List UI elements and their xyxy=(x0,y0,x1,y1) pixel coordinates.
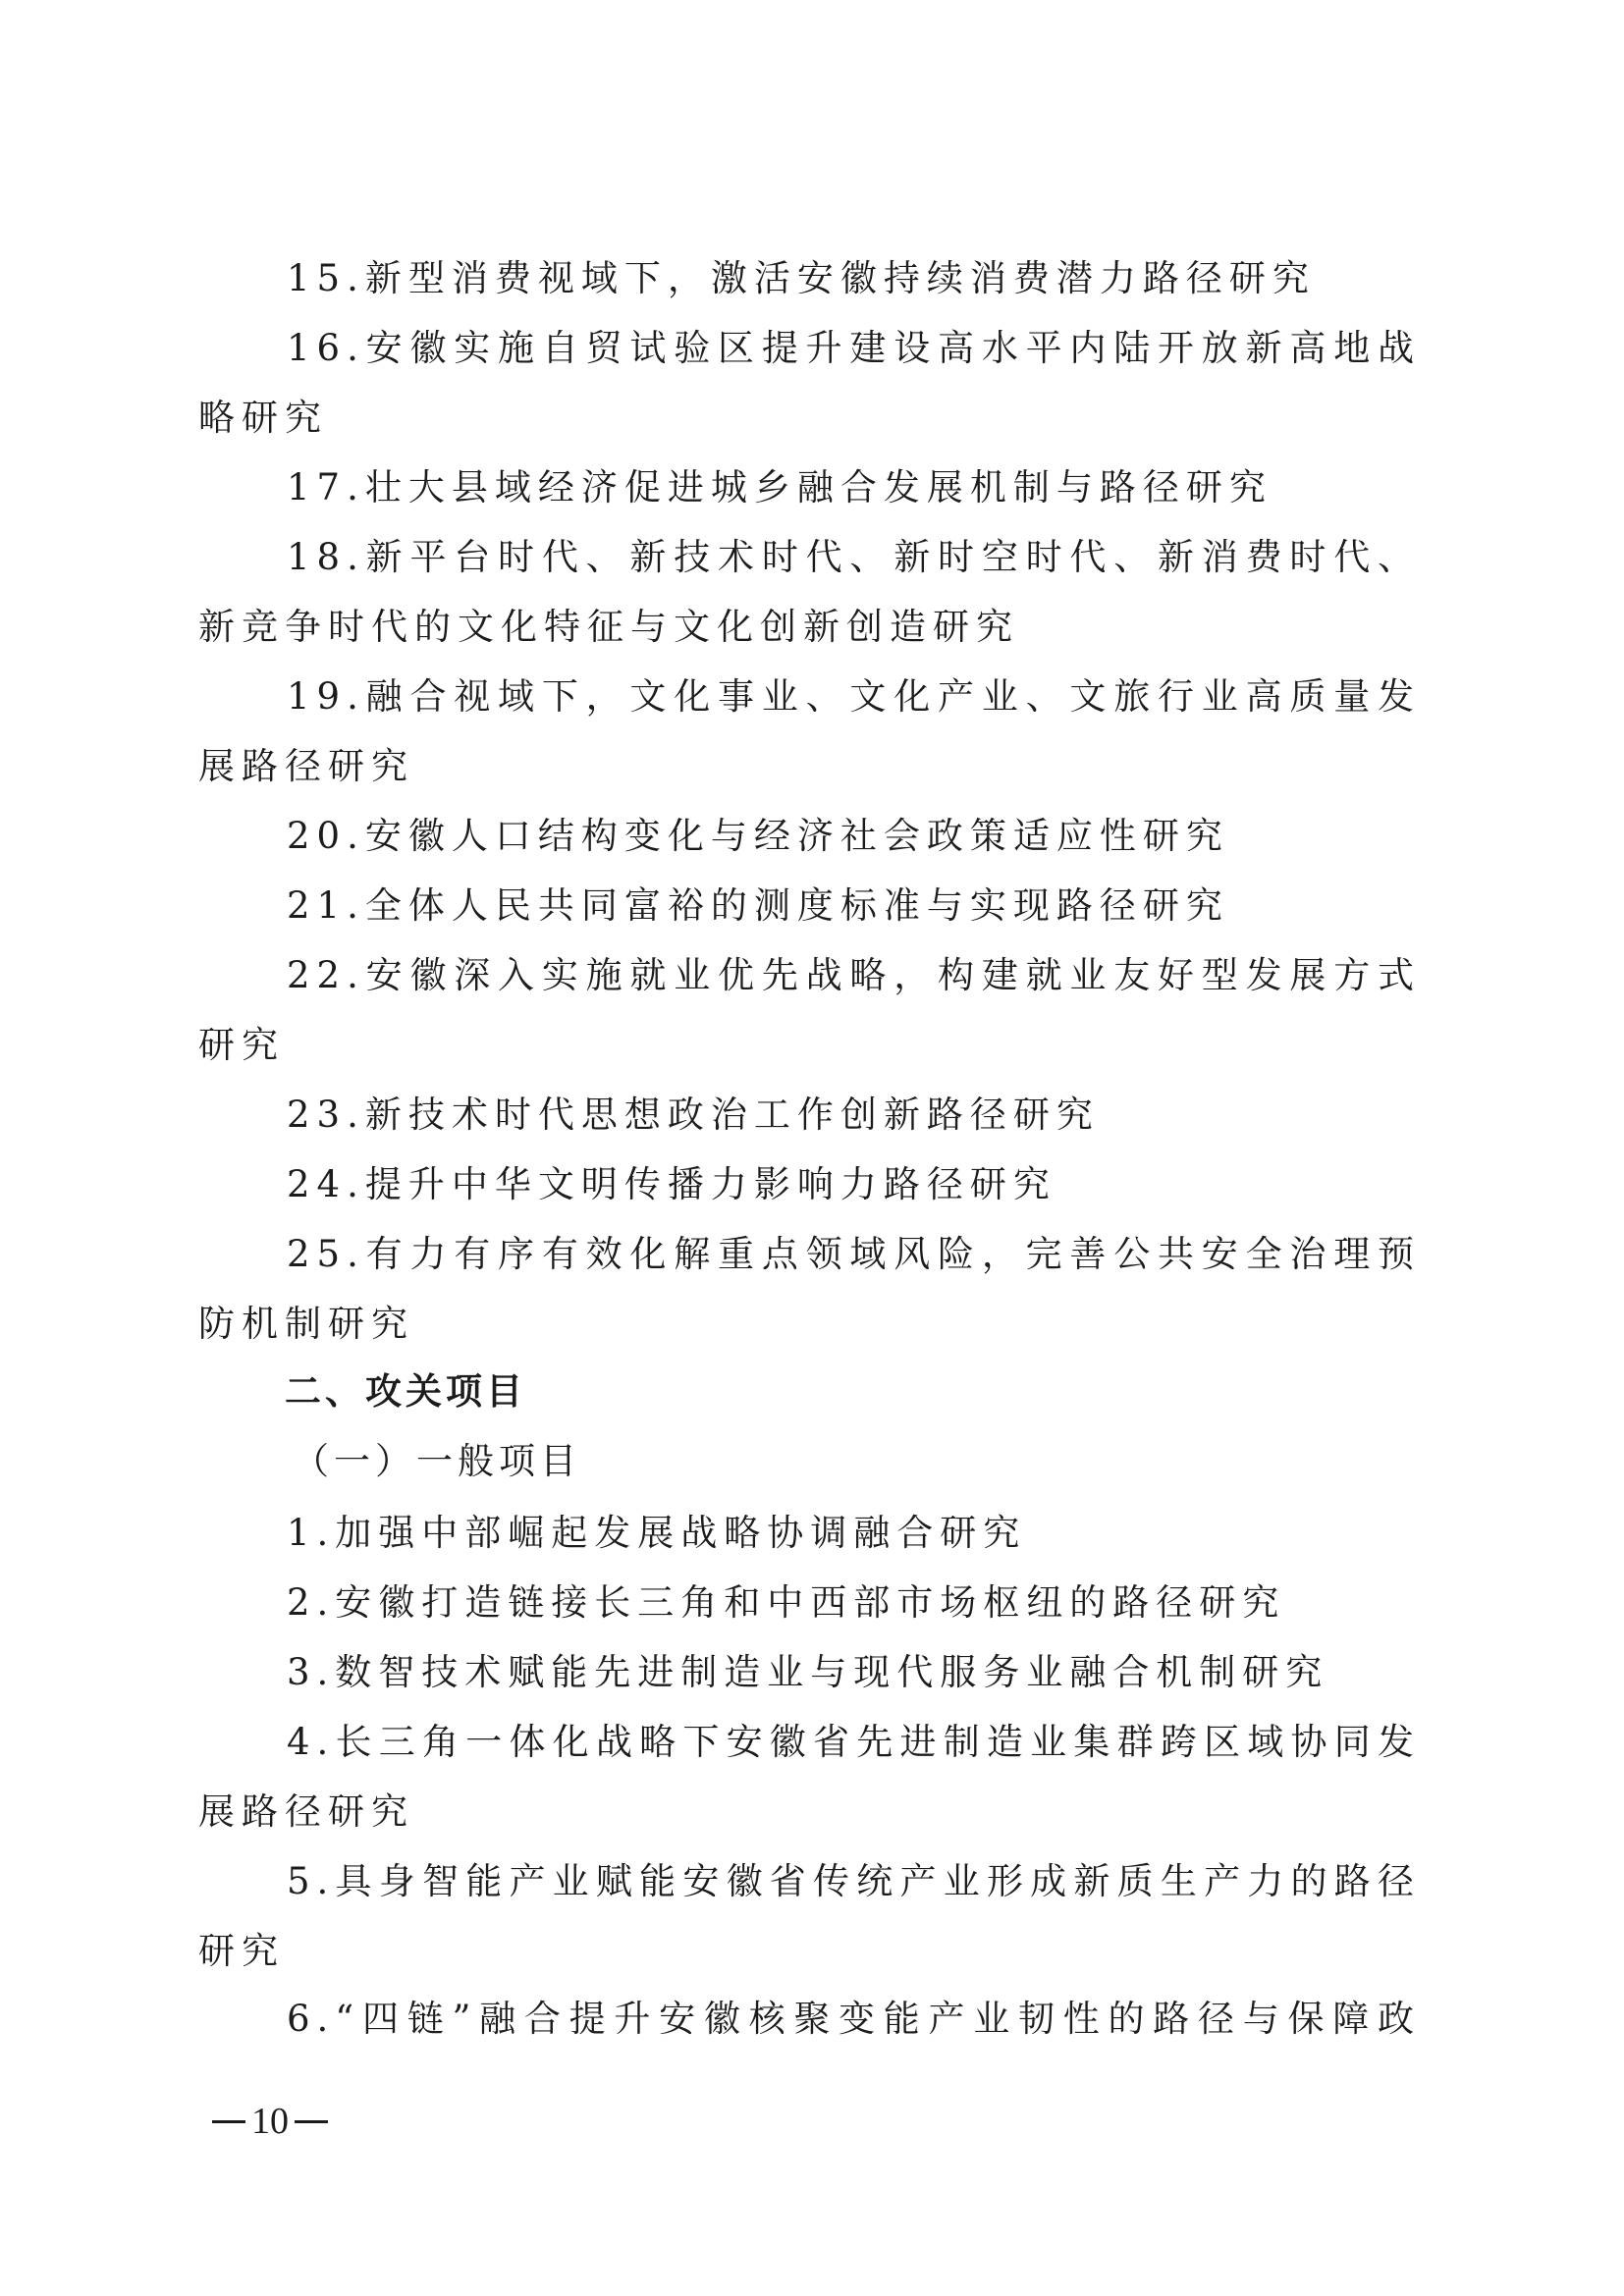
list-item-25: 25.有力有序有效化解重点领域风险，完善公共安全治理预 xyxy=(287,1230,1421,1279)
list-item-16-continuation: 略研究 xyxy=(198,394,328,443)
list-item-21: 21.全体人民共同富裕的测度标准与实现路径研究 xyxy=(287,881,1229,931)
list-item-20: 20.安徽人口结构变化与经济社会政策适应性研究 xyxy=(287,812,1229,861)
list-item-16: 16.安徽实施自贸试验区提升建设高水平内陆开放新高地战 xyxy=(287,324,1421,373)
list-item-17: 17.壮大县域经济促进城乡融合发展机制与路径研究 xyxy=(287,463,1272,512)
dash-right xyxy=(295,2120,328,2123)
list-item-24: 24.提升中华文明传播力影响力路径研究 xyxy=(287,1160,1056,1209)
list-item-25-continuation: 防机制研究 xyxy=(198,1300,414,1349)
page-number: 10 xyxy=(212,2101,328,2142)
dash-left xyxy=(212,2120,245,2123)
document-page: 15.新型消费视域下，激活安徽持续消费潜力路径研究 16.安徽实施自贸试验区提升… xyxy=(0,0,1624,2296)
list-item-2: 2.安徽打造链接长三角和中西部市场枢纽的路径研究 xyxy=(287,1578,1285,1628)
list-item-5: 5.具身智能产业赋能安徽省传统产业形成新质生产力的路径 xyxy=(287,1857,1421,1906)
list-item-18-continuation: 新竞争时代的文化特征与文化创新创造研究 xyxy=(198,603,1019,652)
list-item-15: 15.新型消费视域下，激活安徽持续消费潜力路径研究 xyxy=(287,254,1316,303)
list-item-6: 6.“四链”融合提升安徽核聚变能产业韧性的路径与保障政 xyxy=(287,1995,1421,2044)
list-item-23: 23.新技术时代思想政治工作创新路径研究 xyxy=(287,1091,1100,1140)
list-item-4-continuation: 展路径研究 xyxy=(198,1788,414,1837)
list-item-22: 22.安徽深入实施就业优先战略，构建就业友好型发展方式 xyxy=(287,951,1421,1000)
list-item-19-continuation: 展路径研究 xyxy=(198,742,414,791)
section-heading: 二、攻关项目 xyxy=(285,1367,526,1416)
list-item-18: 18.新平台时代、新技术时代、新时空时代、新消费时代、 xyxy=(287,533,1421,582)
list-item-5-continuation: 研究 xyxy=(198,1927,285,1976)
subsection-heading: （一）一般项目 xyxy=(293,1437,581,1486)
list-item-1: 1.加强中部崛起发展战略协调融合研究 xyxy=(287,1509,1026,1558)
list-item-19: 19.融合视域下，文化事业、文化产业、文旅行业高质量发 xyxy=(287,672,1421,721)
page-number-value: 10 xyxy=(251,2101,289,2142)
list-item-22-continuation: 研究 xyxy=(198,1021,285,1070)
list-item-4: 4.长三角一体化战略下安徽省先进制造业集群跨区域协同发 xyxy=(287,1718,1421,1767)
list-item-3: 3.数智技术赋能先进制造业与现代服务业融合机制研究 xyxy=(287,1648,1328,1697)
